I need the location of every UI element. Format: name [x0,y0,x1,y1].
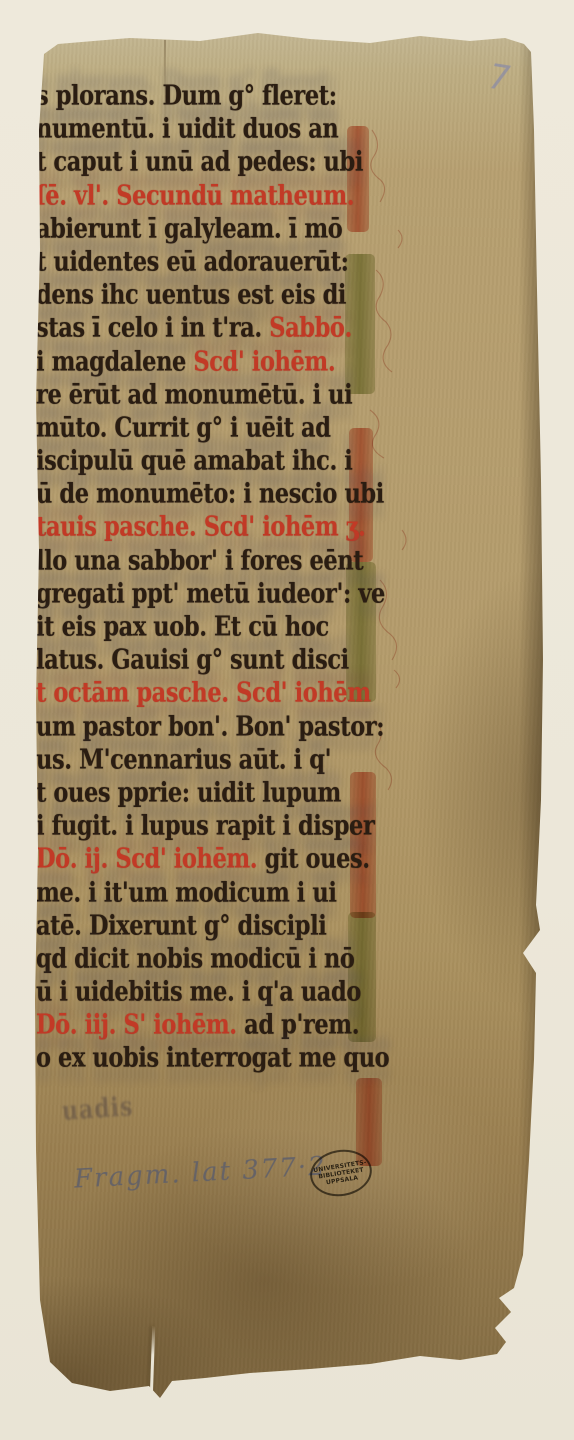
body-text: o ex uobis interrogat me quo [36,1042,389,1074]
faded-text-line: uadis [61,1091,134,1127]
body-text: mūto. Currit g° i uēit ad [36,412,331,444]
body-text: git oues. [265,843,370,875]
body-text: llo una sabbor' i fores eēnt [36,545,363,577]
body-text: i magdalene [36,346,193,378]
body-text: dens ihc uentus est eis di [36,279,346,311]
body-text: it eis pax uob. Et cū hoc [36,611,329,643]
text-line: o ex uobis interrogat me quo [36,1039,366,1079]
parchment-leaf: s plorans. Dum g° fleret:numentū. i uidi… [0,0,574,1440]
rubric-text: ſē. vl'. Secundū matheum. [36,180,354,212]
body-text: re ērūt ad monumētū. i ui [36,379,352,411]
rubric-text: Dō. ij. Scd' iohēm. [36,843,265,875]
body-text: qd dicit nobis modicū i nō [36,943,355,975]
body-text: numentū. i uidit duos an [36,113,338,145]
body-text: ū de monumēto: i nescio ubi [36,478,384,510]
body-text: stas ī celo i in t'ra. [36,312,269,344]
body-text: abierunt ī galyleam. ī mō [36,213,342,245]
body-text: ū i uidebitis me. i q'a uado [36,976,361,1008]
rubric-text: Sabbō. [269,312,352,344]
body-text: atē. Dixerunt g° discipli [36,910,326,942]
body-text: us. M'cennarius aūt. i q' [36,744,331,776]
body-text: um pastor bon'. Bon' pastor: [36,711,384,743]
body-text: s plorans. Dum g° fleret: [36,80,337,112]
body-text: t oues pprie: uidit lupum [36,777,341,809]
rubric-text: Dō. iij. S' iohēm. [36,1009,244,1041]
body-text: i fugit. i lupus rapit i disper [36,810,374,842]
body-text: iscipulū quē amabat ihc. i [36,445,352,477]
pencil-number: 7 [482,57,515,99]
body-text: me. i it'um modicum i ui [36,877,336,909]
body-text: ad p'rem. [244,1009,359,1041]
parchment-tear [150,1326,156,1398]
rubric-text: tauis pasche. Scd' iohēm ʒ. [36,511,365,543]
text-block: s plorans. Dum g° fleret:numentū. i uidi… [36,80,366,1076]
body-text: latus. Gauisi g° sunt disci [36,644,349,676]
rubric-text: t octām pasche. Scd' iohēm [36,677,371,709]
body-text: t caput i unū ad pedes: ubi [36,146,363,178]
body-text: gregati ppt' metū iudeor': ve [36,578,385,610]
rubric-text: Scd' iohēm. [193,346,335,378]
body-text: t uidentes eū adorauerūt: [36,246,349,278]
shelfmark-inscription: Fragm. lat 377·2 [73,1151,327,1194]
